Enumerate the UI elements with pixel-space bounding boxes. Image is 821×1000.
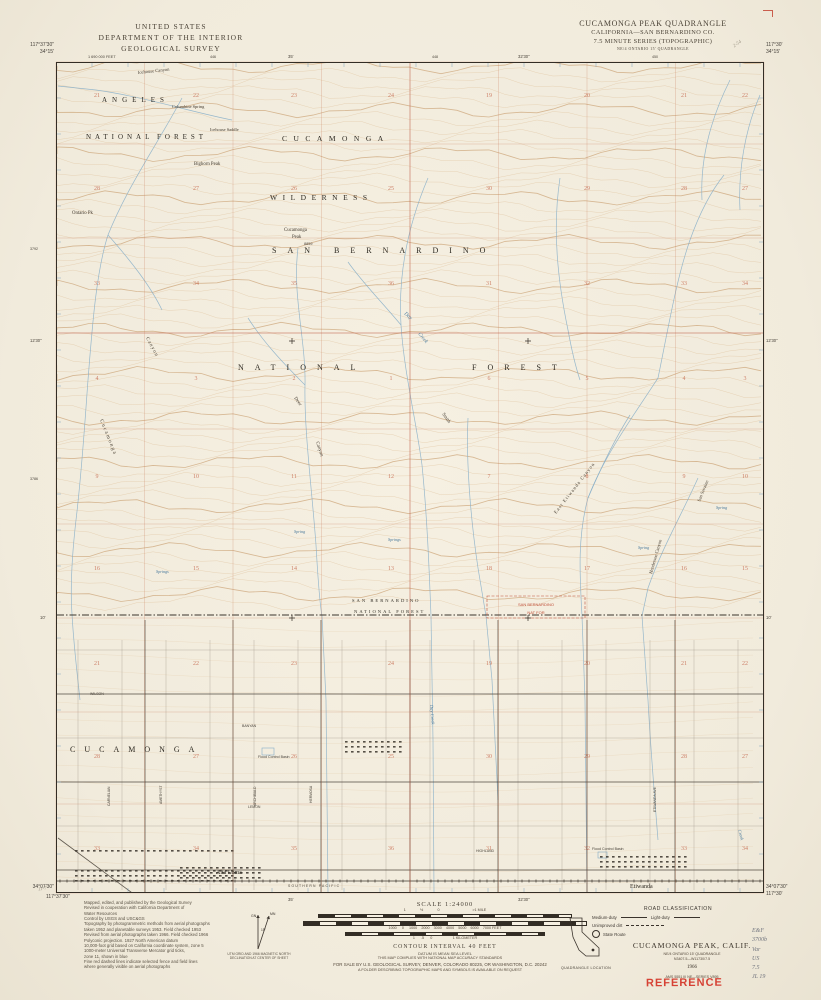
- map-label: Bighorn Peak: [194, 162, 221, 167]
- section-number: 2: [293, 376, 296, 382]
- map-label: CUCAMONGA: [282, 134, 390, 143]
- map-label: 12'30": [30, 338, 42, 343]
- section-number: 14: [291, 566, 297, 572]
- section-number: 10: [193, 474, 199, 480]
- map-label: Springs: [156, 569, 169, 574]
- handwritten-note: Var: [752, 946, 767, 955]
- map-label: Icehouse Saddle: [210, 127, 239, 132]
- map-label: Henderson Canyon: [648, 538, 663, 574]
- section-number: 27: [742, 754, 748, 760]
- map-label: 10': [40, 615, 46, 620]
- map-label: Deer: [292, 396, 302, 407]
- section-number: 21: [681, 93, 687, 99]
- section-number: 5: [586, 376, 589, 382]
- map-label: 1 690 000 FEET: [88, 55, 116, 59]
- section-number: 36: [388, 846, 394, 852]
- section-number: 23: [291, 93, 297, 99]
- section-number: 32: [584, 846, 590, 852]
- section-number: 24: [388, 93, 394, 99]
- map-label: BANYAN: [242, 724, 257, 728]
- map-label: WILDERNESS: [270, 193, 373, 202]
- section-number: 21: [94, 661, 100, 667]
- section-number: 22: [193, 93, 199, 99]
- map-label: WILSON: [90, 692, 104, 696]
- section-number: 9: [96, 474, 99, 480]
- declination-diagram: GN MN 15°: [238, 905, 282, 956]
- map-label: Columbine Spring: [172, 104, 205, 109]
- section-number: 28: [94, 754, 100, 760]
- corner-top-left: 117°37'30" 34°15': [8, 42, 54, 55]
- corner-bottom-right: 34°07'30" 117°30': [766, 884, 787, 897]
- map-label: HIGHLAND: [476, 849, 495, 853]
- map-label: 8859: [304, 242, 312, 246]
- section-number: 30: [486, 186, 492, 192]
- map-label: CARNELIAN: [107, 786, 111, 806]
- section-number: 19: [486, 93, 492, 99]
- section-number: 19: [486, 661, 492, 667]
- section-number: 3: [195, 376, 198, 382]
- road-light-sample: [674, 917, 700, 918]
- handwritten-annotations: E&F3700bVarUS7.5JL 19: [752, 927, 767, 983]
- map-label: 35': [288, 54, 294, 59]
- section-number: 23: [291, 661, 297, 667]
- section-number: 25: [388, 754, 394, 760]
- section-number: 28: [681, 754, 687, 760]
- corner-tr-lat: 34°15': [766, 49, 783, 56]
- map-label: Alta Loma: [216, 870, 242, 876]
- map-label: San Sevaine: [696, 480, 709, 503]
- map-label: Creek: [737, 829, 745, 842]
- handwritten-note: E&F: [752, 927, 767, 936]
- map-label: 3792: [30, 247, 38, 251]
- handwritten-note: US: [752, 955, 767, 964]
- map-label: 10': [766, 615, 772, 620]
- section-number: 4: [96, 376, 99, 382]
- neatline: [57, 63, 764, 893]
- header-agency: UNITED STATES DEPARTMENT OF THE INTERIOR…: [55, 22, 287, 55]
- map-label: FOREST: [157, 133, 207, 141]
- corner-top-right: 117°30' 34°15': [766, 42, 783, 55]
- road-light-label: Light-duty: [651, 915, 670, 920]
- handwritten-note: 3700b: [752, 936, 767, 945]
- section-number: 33: [681, 846, 687, 852]
- section-number: 8: [586, 474, 589, 480]
- quad-title: CUCAMONGA PEAK QUADRANGLE: [536, 18, 770, 29]
- map-label: SAN BERNARDINO: [518, 602, 554, 607]
- scale-miles-labels: 1 ½ 0 >1 MILE: [298, 908, 592, 912]
- section-number: 33: [681, 281, 687, 287]
- map-label: ETIWANDA AVE: [653, 786, 657, 812]
- section-number: 3: [744, 376, 747, 382]
- scale-block: SCALE 1:24000 1 ½ 0 >1 MILE 1000 0 1000 …: [298, 901, 592, 956]
- section-number: 24: [388, 661, 394, 667]
- map-label: Etiwanda: [630, 884, 653, 890]
- contour-lines: [57, 59, 761, 889]
- section-number: 29: [584, 186, 590, 192]
- map-label: 32'30": [518, 54, 530, 59]
- map-label: 450: [652, 55, 658, 59]
- corner-tl-lat: 34°15': [8, 49, 54, 56]
- map-label: NATIONAL FOREST: [354, 609, 425, 614]
- section-number: 31: [486, 846, 492, 852]
- corner-br-lon: 117°30': [766, 891, 787, 898]
- map-label: CUCAMONGA: [70, 745, 203, 754]
- declination-gn-label: GN: [251, 914, 257, 918]
- section-number: 18: [486, 566, 492, 572]
- urban-blocks: [75, 741, 687, 882]
- section-number: 13: [388, 566, 394, 572]
- corner-bl-lon: 117°37'30": [46, 894, 70, 901]
- section-number: 35: [291, 846, 297, 852]
- section-number: 34: [193, 281, 199, 287]
- section-number: 35: [291, 281, 297, 287]
- declination-mn-label: MN: [270, 912, 276, 916]
- map-label: Spring: [716, 505, 727, 510]
- section-number: 36: [388, 281, 394, 287]
- section-number: 29: [584, 754, 590, 760]
- map-label: 12'30": [766, 338, 778, 343]
- forest-boundary: [57, 596, 763, 618]
- section-number: 30: [486, 754, 492, 760]
- section-number: 16: [94, 566, 100, 572]
- reference-stamp: REFERENCE: [646, 977, 723, 990]
- declination-angle: 15°: [261, 928, 267, 932]
- map-label: AMETHYST: [159, 786, 163, 804]
- map-label: 3786: [30, 477, 38, 481]
- map-label: ANGELES: [102, 96, 169, 104]
- section-number: 7: [488, 474, 491, 480]
- corner-bl-lat: 34°07'30": [10, 884, 54, 891]
- section-number: 6: [488, 376, 491, 382]
- california-outline-icon: [568, 917, 604, 959]
- section-number: 27: [193, 754, 199, 760]
- map-label: NAT FOR: [527, 610, 544, 615]
- map-label: Flood Control Basin: [258, 755, 290, 759]
- map-label: Day Creek: [429, 704, 436, 726]
- pencil-note-bottom-left: 11-7: [38, 886, 47, 892]
- map-label: Day: [402, 310, 414, 321]
- scale-km-labels: 1 .5 0 1 KILOMETER: [298, 936, 592, 940]
- map-label: 446: [210, 55, 216, 59]
- section-number: 17: [584, 566, 590, 572]
- map-label: Canyon: [144, 337, 159, 358]
- handwritten-note: 7.5: [752, 964, 767, 973]
- map-labels: 1 690 000 FEET35'32'30"44644845012'30"10…: [30, 54, 778, 902]
- agency-line2: DEPARTMENT OF THE INTERIOR: [55, 33, 287, 44]
- corner-tr-lon: 117°30': [766, 42, 783, 49]
- map-sheet: 1 690 000 FEET35'32'30"44644845012'30"10…: [0, 0, 821, 1000]
- section-number: 26: [291, 186, 297, 192]
- road-unimproved-sample: [626, 925, 664, 926]
- map-label: Springs: [388, 537, 401, 542]
- section-number: 1: [390, 376, 393, 382]
- map-label: LEMON: [248, 805, 261, 809]
- map-label: Cucamonga: [98, 419, 118, 457]
- map-label: Spring: [638, 545, 649, 550]
- section-number: 33: [94, 281, 100, 287]
- section-number: 15: [742, 566, 748, 572]
- map-label: Canyon: [314, 441, 324, 458]
- scale-feet-labels: 1000 0 1000 2000 3000 4000 5000 6000 700…: [298, 926, 592, 930]
- section-number: 15: [193, 566, 199, 572]
- section-number: 32: [584, 281, 590, 287]
- map-label: HERMOSA: [309, 785, 313, 803]
- section-number: 20: [584, 661, 590, 667]
- map-label: Flood Control Basin: [592, 847, 624, 851]
- section-number: 22: [742, 661, 748, 667]
- map-label: Smith: [440, 412, 451, 425]
- section-number: 34: [742, 846, 748, 852]
- section-number: 34: [193, 846, 199, 852]
- map-label: SAN BERNARDINO: [352, 598, 420, 603]
- section-number: 28: [681, 186, 687, 192]
- quad-state: CALIFORNIA—SAN BERNARDINO CO.: [536, 29, 770, 38]
- section-number: 25: [388, 186, 394, 192]
- scale-bar-miles: [318, 914, 572, 919]
- map-label: SAN BERNARDINO: [272, 246, 496, 255]
- stream-lines: [58, 80, 760, 893]
- handwritten-note: JL 19: [752, 973, 767, 982]
- road-medium-sample: [621, 917, 647, 918]
- map-label: Ontario Pk: [72, 211, 94, 216]
- map-label: FOREST: [472, 363, 568, 372]
- red-registration-mark: [763, 10, 773, 17]
- map-label: NATIONAL: [86, 133, 153, 141]
- section-number: 34: [742, 281, 748, 287]
- section-numbers: 2122232419202122282726253029282733343536…: [94, 93, 748, 852]
- section-number: 27: [193, 186, 199, 192]
- section-number: 21: [681, 661, 687, 667]
- section-number: 33: [94, 846, 100, 852]
- section-number: 12: [388, 474, 394, 480]
- map-label: Cucamonga: [284, 228, 308, 233]
- section-grid: [56, 62, 764, 893]
- section-number: 22: [193, 661, 199, 667]
- road-lines: [57, 620, 763, 895]
- section-number: 28: [94, 186, 100, 192]
- corner-bottom-left: 34°07'30": [10, 884, 54, 891]
- section-number: 27: [742, 186, 748, 192]
- section-number: 9: [683, 474, 686, 480]
- map-label: Peak: [292, 235, 302, 240]
- section-number: 16: [681, 566, 687, 572]
- map-label: Creek: [416, 331, 429, 345]
- map-label: SOUTHERN PACIFIC: [288, 884, 340, 888]
- section-number: 31: [486, 281, 492, 287]
- section-number: 11: [291, 474, 297, 480]
- scale-title: SCALE 1:24000: [298, 901, 592, 908]
- section-number: 22: [742, 93, 748, 99]
- section-number: 4: [683, 376, 686, 382]
- agency-line1: UNITED STATES: [55, 22, 287, 33]
- section-number: 20: [584, 93, 590, 99]
- section-number: 21: [94, 93, 100, 99]
- map-label: 448: [432, 55, 438, 59]
- section-number: 10: [742, 474, 748, 480]
- map-label: East Etiwanda Canyon: [554, 462, 597, 515]
- corner-br-lat: 34°07'30": [766, 884, 787, 891]
- road-class-title: ROAD CLASSIFICATION: [592, 906, 764, 912]
- contour-interval-note: CONTOUR INTERVAL 40 FEET: [298, 944, 592, 950]
- map-label: ARCHIBALD: [253, 786, 257, 806]
- map-label: Spring: [294, 529, 305, 534]
- map-label: Icehouse Canyon: [138, 67, 171, 75]
- map-label: NATIONAL: [238, 363, 366, 372]
- section-number: 26: [291, 754, 297, 760]
- agency-line3: GEOLOGICAL SURVEY: [55, 44, 287, 55]
- topo-map-canvas: 1 690 000 FEET35'32'30"44644845012'30"10…: [0, 0, 821, 1000]
